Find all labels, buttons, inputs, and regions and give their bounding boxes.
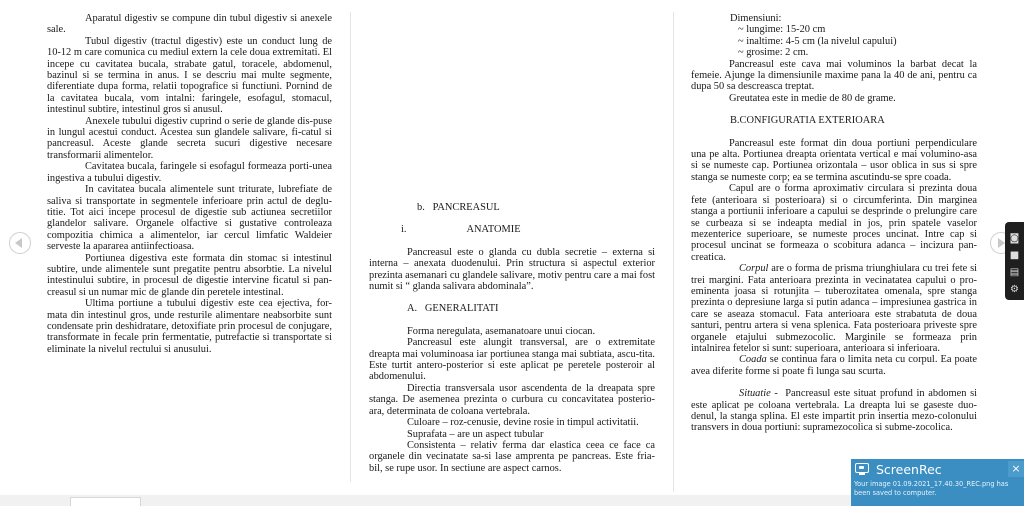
paragraph: Portiunea digestiva este formata din sto… [47, 253, 332, 299]
paragraph: Suprafata – are un aspect tubular [369, 429, 655, 440]
paragraph: Capul are o forma aproximativ circulara … [691, 183, 977, 263]
subsection-heading-anatomie: i.ANATOMIE [369, 224, 655, 235]
paragraph: Coada se continua fara o limita neta cu … [691, 354, 977, 377]
screenrec-toolbar: ◙ ■ ▤ ⚙ [1005, 222, 1024, 300]
prev-page-button[interactable] [9, 232, 31, 254]
section-heading-pancreasul: b. PANCREASUL [369, 202, 655, 213]
gallery-icon[interactable]: ▤ [1009, 267, 1020, 278]
paragraph: Directia transversala usor ascendenta de… [369, 383, 655, 417]
dimensions-label: Dimensiuni: [691, 13, 977, 24]
paragraph: Consistenta – relativ ferma dar elastica… [369, 440, 655, 474]
paragraph: Corpul are o forma de prisma triunghiula… [691, 263, 977, 354]
paragraph: Forma neregulata, asemanatoare unui cioc… [369, 326, 655, 337]
page-divider [673, 12, 674, 492]
term: Coada [739, 354, 767, 365]
camera-icon[interactable]: ◙ [1009, 233, 1020, 244]
paragraph: Pancreasul este format din doua portiuni… [691, 138, 977, 184]
dimension-item: ~ inaltime: 4-5 cm (la nivelul capului) [691, 36, 977, 47]
paragraph-text: are o forma de prisma triunghiulara cu t… [691, 263, 977, 354]
paragraph: Pancreasul este alungit transversal, are… [369, 337, 655, 383]
term: Corpul [739, 263, 768, 274]
paragraph: Anexele tubului digestiv cuprind o serie… [47, 116, 332, 162]
notification-title: ScreenRec [876, 462, 942, 478]
paragraph: Greutatea este in medie de 80 de grame. [691, 93, 977, 104]
paragraph: Cavitatea bucala, faringele si esofagul … [47, 161, 332, 184]
screenrec-notification[interactable]: ScreenRec × Your image 01.09.2021_17.40.… [851, 459, 1024, 506]
close-button[interactable]: × [1008, 461, 1024, 477]
paragraph: Culoare – roz-cenusie, devine rosie in t… [369, 417, 655, 428]
term: Situatie - [739, 388, 778, 399]
section-heading-configuratia: B.CONFIGURATIA EXTERIOARA [691, 115, 977, 126]
paragraph: Pancreasul este o glanda cu dubla secret… [369, 247, 655, 293]
paragraph: Aparatul digestiv se compune din tubul d… [47, 13, 332, 36]
paragraph: Pancreasul este cava mai voluminos la ba… [691, 59, 977, 93]
chevron-right-icon [998, 238, 1005, 248]
chevron-left-icon [15, 238, 22, 248]
paragraph: Situatie - Pancreasul este situat profun… [691, 388, 977, 434]
paragraph-text: se continua fara o limita neta cu corpul… [691, 354, 977, 376]
bottom-tab[interactable] [70, 497, 141, 506]
heading-number: i. [401, 224, 407, 235]
middle-page: b. PANCREASUL i.ANATOMIE Pancreasul este… [369, 202, 655, 474]
dimension-item: ~ lungime: 15-20 cm [691, 24, 977, 35]
gear-icon[interactable]: ⚙ [1009, 284, 1020, 295]
monitor-icon [855, 463, 869, 473]
notification-message: Your image 01.09.2021_17.40.30_REC.png h… [854, 480, 1019, 498]
paragraph: In cavitatea bucala alimentele sunt trit… [47, 184, 332, 252]
left-page: Aparatul digestiv se compune din tubul d… [47, 13, 332, 355]
page-divider [350, 12, 351, 482]
video-icon[interactable]: ■ [1009, 250, 1020, 261]
right-page: Dimensiuni: ~ lungime: 15-20 cm ~ inalti… [691, 13, 977, 434]
dimension-item: ~ grosime: 2 cm. [691, 47, 977, 58]
paragraph-text: Pancreasul este situat profund in abdome… [691, 388, 980, 433]
heading-title: ANATOMIE [467, 224, 521, 235]
section-heading-generalitati: A. GENERALITATI [369, 303, 655, 314]
paragraph: Ultima portiune a tubului digestiv este … [47, 298, 332, 355]
paragraph: Tubul digestiv (tractul digestiv) este u… [47, 36, 332, 116]
